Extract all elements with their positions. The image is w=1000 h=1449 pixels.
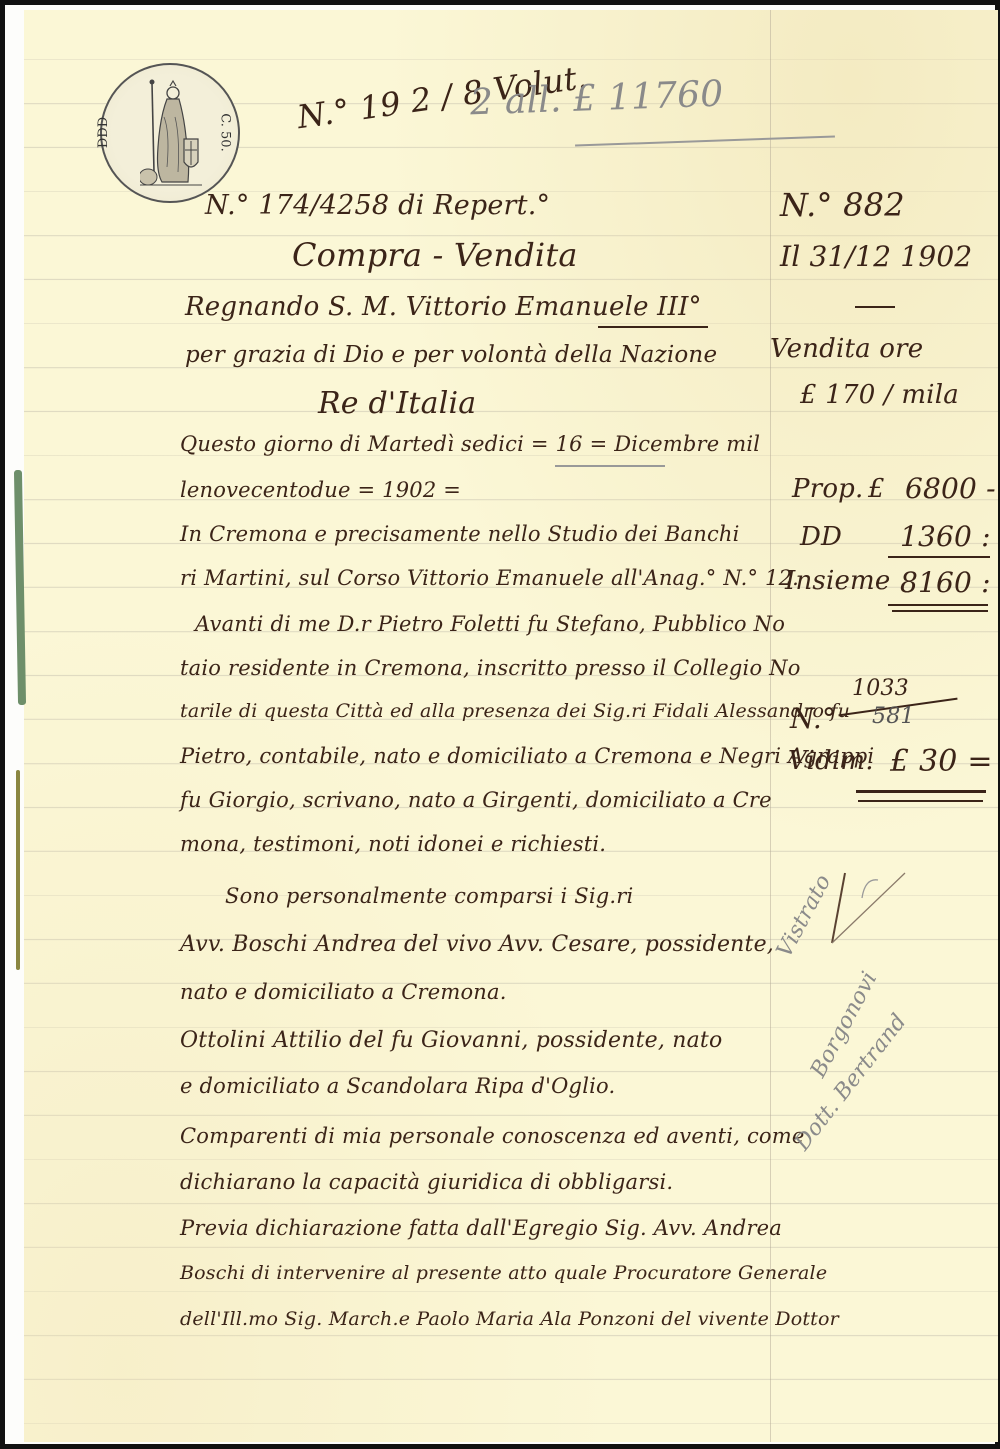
sale-note-line-1: Vendita ore	[770, 334, 923, 364]
body-line: dell'Ill.mo Sig. March.e Paolo Maria Ala…	[180, 1308, 839, 1330]
stamp-value-text: C. 50.	[217, 113, 232, 151]
body-line: dichiarano la capacità giuridica di obbl…	[180, 1170, 673, 1194]
registration-date: Il 31/12 1902	[780, 240, 972, 273]
prop-label: Prop.	[792, 474, 863, 504]
body-line: taio residente in Cremona, inscritto pre…	[180, 656, 801, 680]
body-line: ri Martini, sul Corso Vittorio Emanuele …	[180, 566, 799, 590]
total-label: Insieme	[785, 566, 891, 596]
deed-title: Compra - Vendita	[292, 236, 578, 274]
sum-rule	[888, 556, 990, 558]
dd-amount: 1360 :	[900, 520, 991, 553]
body-line: fu Giorgio, scrivano, nato a Girgenti, d…	[180, 788, 772, 812]
body-line: nato e domiciliato a Cremona.	[180, 980, 507, 1004]
preamble-line-3: Re d'Italia	[318, 386, 476, 421]
body-line: lenovecentodue = 1902 =	[180, 478, 461, 502]
body-line: Questo giorno di Martedì sedici = 16 = D…	[180, 432, 760, 456]
prop-currency: £	[868, 474, 885, 504]
body-line: Boschi di intervenire al presente atto q…	[180, 1262, 827, 1284]
margin-dash	[855, 306, 895, 308]
binding-ribbon-tail	[16, 770, 20, 970]
body-line: mona, testimoni, noti idonei e richiesti…	[180, 832, 606, 856]
body-line: Avv. Boschi Andrea del vivo Avv. Cesare,…	[180, 932, 774, 957]
ref-denominator: 581	[872, 704, 915, 729]
body-line: Avanti di me D.r Pietro Foletti fu Stefa…	[195, 612, 785, 636]
dd-label: DD	[800, 522, 842, 552]
sale-note-line-2: £ 170 / mila	[800, 380, 959, 410]
ref-label: N.°	[790, 702, 836, 735]
fee-amount: £ 30 =	[890, 744, 993, 779]
fee-double-rule	[858, 800, 983, 802]
body-line: In Cremona e precisamente nello Studio d…	[180, 522, 740, 546]
total-double-rule	[888, 604, 988, 606]
underline	[598, 326, 708, 328]
body-line: Previa dichiarazione fatta dall'Egregio …	[180, 1216, 782, 1240]
revenue-stamp-seal: DDD C. 50.	[100, 63, 240, 203]
body-line: tarile di questa Città ed alla presenza …	[180, 700, 850, 722]
ref-numerator: 1033	[852, 676, 909, 701]
body-line: Ottolini Attilio del fu Giovanni, possid…	[180, 1028, 722, 1053]
italia-figure-icon	[140, 77, 202, 192]
prop-amount: 6800 -	[905, 472, 996, 505]
body-line: Sono personalmente comparsi i Sig.ri	[225, 884, 633, 908]
pencil-underline	[555, 465, 665, 467]
body-line: Comparenti di mia personale conoscenza e…	[180, 1124, 805, 1148]
preamble-line-1: Regnando S. M. Vittorio Emanuele III°	[185, 292, 702, 322]
total-amount: 8160 :	[900, 566, 991, 599]
fee-double-rule	[856, 790, 986, 793]
registration-number: N.° 882	[780, 186, 905, 224]
repertory-number: N.° 174/4258 di Repert.°	[205, 190, 550, 221]
total-double-rule	[892, 610, 988, 612]
stamp-left-text: DDD	[96, 117, 111, 148]
body-line: Pietro, contabile, nato e domiciliato a …	[180, 744, 874, 768]
preamble-line-2: per grazia di Dio e per volontà della Na…	[185, 342, 717, 368]
fee-label: Vidim.	[788, 746, 874, 776]
body-line: e domiciliato a Scandolara Ripa d'Oglio.	[180, 1074, 615, 1098]
